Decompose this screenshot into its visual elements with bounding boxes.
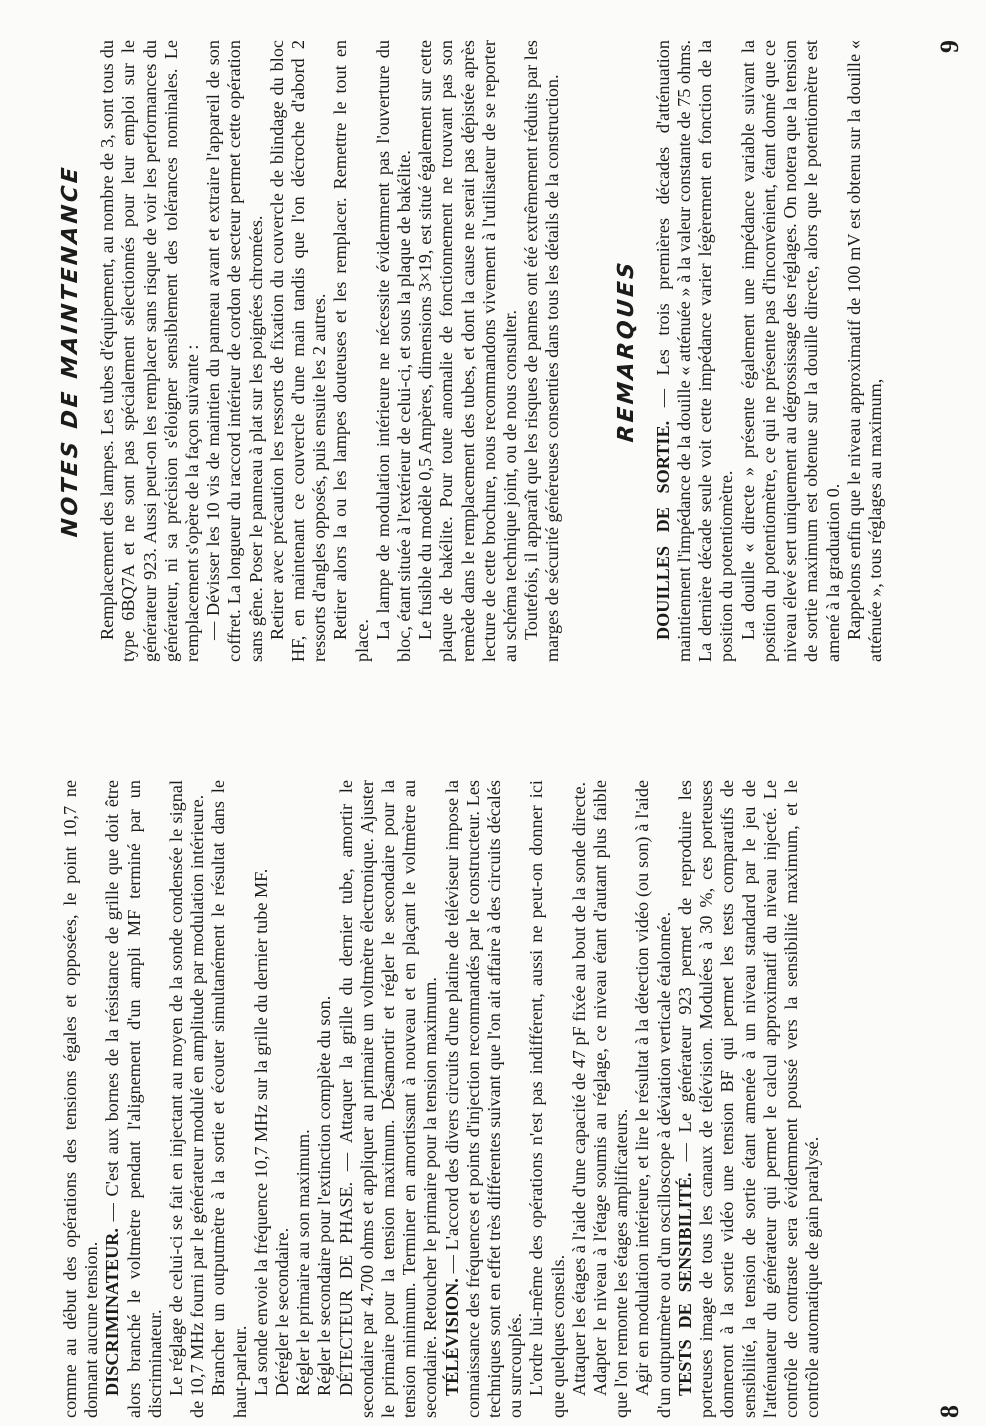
- section-heading-notes-de-maintenance: NOTES DE MAINTENANCE: [60, 39, 81, 663]
- paragraph: comme au début des opérations des tensio…: [60, 780, 102, 1418]
- paragraph: La sonde envoie la fréquence 10,7 MHz su…: [251, 780, 272, 1418]
- paragraph: Retirer avec précaution les ressorts de …: [267, 40, 331, 662]
- scanned-document: comme au début des opérations des tensio…: [0, 0, 986, 1426]
- paragraph: Brancher un outputmètre à la sortie et é…: [208, 780, 250, 1418]
- left-page-text: comme au début des opérations des tensio…: [60, 780, 823, 1418]
- paragraph: — Dévisser les 10 vis de maintien du pan…: [203, 40, 267, 662]
- right-page: NOTES DE MAINTENANCE Remplacement des la…: [0, 0, 986, 750]
- paragraph-body: — Le générateur 923 permet de reproduire…: [675, 780, 822, 1418]
- right-page-text: NOTES DE MAINTENANCE Remplacement des la…: [60, 40, 886, 662]
- page-number: 9: [935, 40, 986, 53]
- paragraph: Rappelons enfin que le niveau approximat…: [844, 40, 886, 662]
- page-number: 8: [935, 1405, 986, 1418]
- paragraph: Remplacement des lampes. Les tubes d'équ…: [97, 40, 203, 662]
- page-spread: comme au début des opérations des tensio…: [0, 0, 986, 1426]
- paragraph: Toutefois, il apparaît que les risques d…: [521, 40, 563, 662]
- paragraph: L'ordre lui-même des opérations n'est pa…: [526, 780, 568, 1418]
- paragraph: Adapter le niveau à l'étage soumis au ré…: [590, 780, 632, 1418]
- paragraph-lead: DISCRIMINATEUR.: [102, 1228, 122, 1396]
- paragraph: Attaquer les étages à l'aide d'une capac…: [569, 780, 590, 1418]
- paragraph-lead: TÉLÉVISION.: [442, 1278, 462, 1396]
- section-heading-remarques: REMARQUES: [616, 39, 637, 663]
- paragraph-television: TÉLÉVISION. — L'accord des divers circui…: [442, 780, 527, 1418]
- paragraph-discriminateur: DISCRIMINATEUR. — C'est aux bornes de la…: [102, 780, 166, 1418]
- paragraph-lead: TESTS DE SENSIBILITÉ.: [675, 1172, 695, 1396]
- paragraph: Le fusible du modèle 0,5 Ampères, dimens…: [415, 40, 521, 662]
- paragraph-detecteur-de-phase: DÉTECTEUR DE PHASE. — Attaquer la grille…: [336, 780, 442, 1418]
- paragraph: Retirer alors la ou les lampes douteuses…: [330, 40, 372, 662]
- paragraph: Agir en modulation intérieure, et lire l…: [632, 780, 674, 1418]
- paragraph: Dérégler le secondaire.: [272, 780, 293, 1418]
- paragraph: Régler le secondaire pour l'extinction c…: [314, 780, 335, 1418]
- paragraph: Régler le primaire au son maximum.: [293, 780, 314, 1418]
- paragraph: Le réglage de celui-ci se fait en inject…: [166, 780, 208, 1418]
- left-page: comme au début des opérations des tensio…: [0, 750, 986, 1426]
- paragraph: La douille « directe » présente égalemen…: [738, 40, 844, 662]
- paragraph-lead: DOUILLES DE SORTIE.: [653, 421, 673, 640]
- paragraph-tests-de-sensibilite: TESTS DE SENSIBILITÉ. — Le générateur 92…: [675, 780, 823, 1418]
- paragraph: La lampe de modulation intérieure ne néc…: [373, 40, 415, 662]
- paragraph-douilles-de-sortie: DOUILLES DE SORTIE. — Les trois première…: [653, 40, 738, 662]
